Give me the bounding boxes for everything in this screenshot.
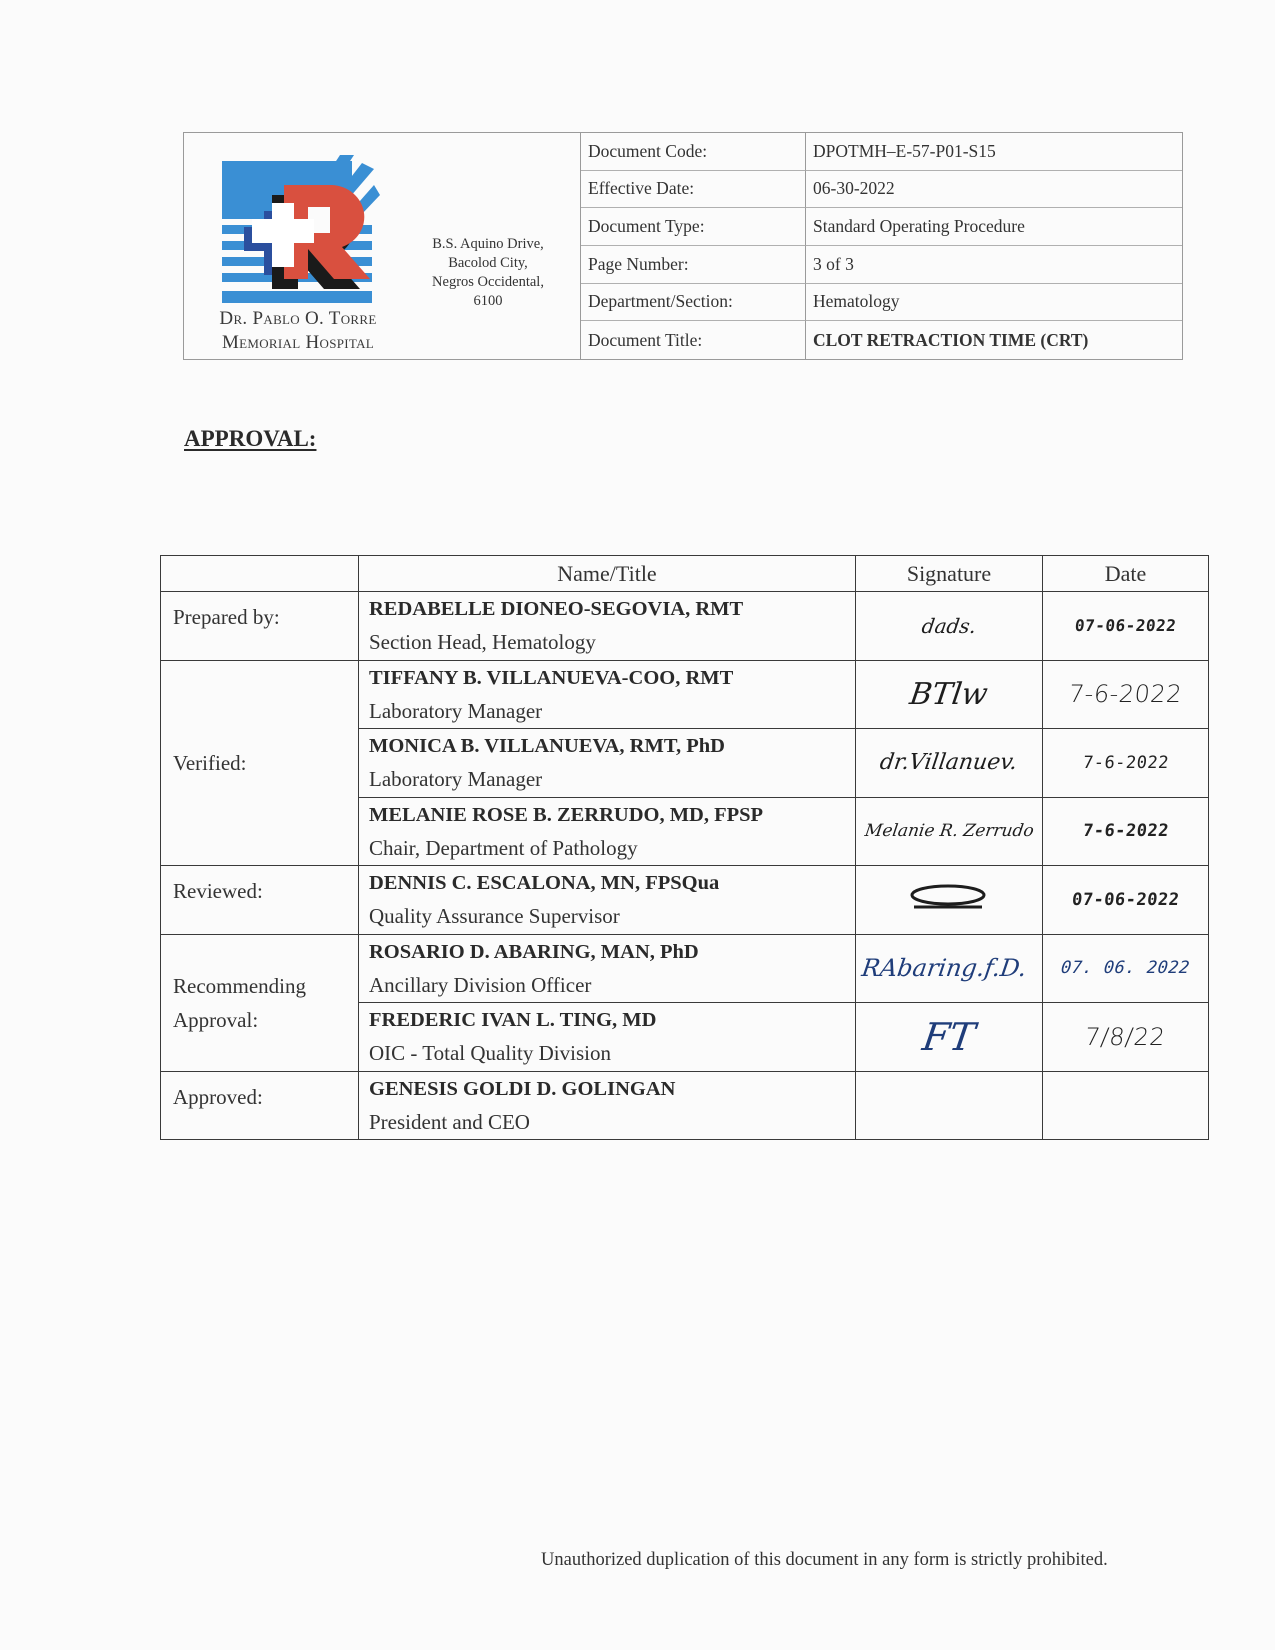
signatory: MONICA B. VILLANUEVA, RMT, PhD Laborator…: [359, 729, 856, 797]
table-row: Approved: GENESIS GOLDI D. GOLINGAN Pres…: [161, 1071, 1209, 1139]
signatory: MELANIE ROSE B. ZERRUDO, MD, FPSP Chair,…: [359, 797, 856, 865]
hospital-name: Dr. Pablo O. Torre Memorial Hospital: [198, 307, 398, 355]
department-section-label: Department/Section:: [581, 284, 806, 322]
hospital-name-line2: Memorial Hospital: [198, 331, 398, 355]
document-info-table: Document Code: DPOTMH–E-57-P01-S15 Effec…: [581, 133, 1182, 359]
signatory: TIFFANY B. VILLANUEVA-COO, RMT Laborator…: [359, 660, 856, 728]
document-title-label: Document Title:: [581, 321, 806, 359]
document-header: Dr. Pablo O. Torre Memorial Hospital B.S…: [183, 132, 1183, 360]
address-line: Negros Occidental,: [409, 273, 567, 292]
signed-date: 7-6-2022: [1081, 753, 1169, 773]
signatory: DENNIS C. ESCALONA, MN, FPSQua Quality A…: [359, 866, 856, 934]
signature: Melanie R. Zerrudo: [863, 821, 1035, 841]
signed-date: 07. 06. 2022: [1060, 958, 1191, 978]
signature-cell: RAbaring.f.D.: [856, 934, 1043, 1002]
signatory-name: TIFFANY B. VILLANUEVA-COO, RMT: [369, 662, 855, 695]
signatory-title: OIC - Total Quality Division: [369, 1037, 855, 1069]
signatory-title: President and CEO: [369, 1106, 855, 1138]
date-cell: [1043, 1071, 1209, 1139]
signed-date: 7-6-2022: [1081, 821, 1169, 841]
signatory-title: Section Head, Hematology: [369, 626, 855, 658]
date-cell: 7/8/22: [1043, 1003, 1209, 1071]
signature: [904, 881, 994, 915]
table-row: Prepared by: REDABELLE DIONEO-SEGOVIA, R…: [161, 592, 1209, 660]
signatory-title: Chair, Department of Pathology: [369, 832, 855, 864]
signed-date: 07-06-2022: [1071, 890, 1180, 910]
date-cell: 07-06-2022: [1043, 592, 1209, 660]
approval-table-header: Name/Title Signature Date: [161, 556, 1209, 592]
signature-cell: [856, 1071, 1043, 1139]
role-approved: Approved:: [161, 1071, 359, 1139]
role-recommending-approval: Recommending Approval:: [161, 934, 359, 1071]
document-type-label: Document Type:: [581, 208, 806, 246]
hospital-address: B.S. Aquino Drive, Bacolod City, Negros …: [409, 235, 567, 311]
signed-date: 7-6-2022: [1068, 680, 1184, 708]
signatory-title: Quality Assurance Supervisor: [369, 900, 855, 932]
hospital-branding: Dr. Pablo O. Torre Memorial Hospital B.S…: [184, 133, 581, 359]
document-code-value: DPOTMH–E-57-P01-S15: [806, 133, 1182, 171]
address-line: Bacolod City,: [409, 254, 567, 273]
signature-cell: [856, 866, 1043, 934]
signatory-name: ROSARIO D. ABARING, MAN, PhD: [369, 936, 855, 969]
signature: dr.Villanuev.: [879, 750, 1020, 775]
date-cell: 07. 06. 2022: [1043, 934, 1209, 1002]
address-line: B.S. Aquino Drive,: [409, 235, 567, 254]
signatory: GENESIS GOLDI D. GOLINGAN President and …: [359, 1071, 856, 1139]
signatory-name: REDABELLE DIONEO-SEGOVIA, RMT: [369, 593, 855, 626]
page-number-value: 3 of 3: [806, 246, 1182, 284]
hospital-cross-r-logo-icon: [222, 155, 380, 307]
signature: BTlw: [908, 677, 990, 712]
signatory-title: Laboratory Manager: [369, 695, 855, 727]
signatory: REDABELLE DIONEO-SEGOVIA, RMT Section He…: [359, 592, 856, 660]
signature-cell: BTlw: [856, 660, 1043, 728]
document-type-value: Standard Operating Procedure: [806, 208, 1182, 246]
signatory: ROSARIO D. ABARING, MAN, PhD Ancillary D…: [359, 934, 856, 1002]
signature-cell: dads.: [856, 592, 1043, 660]
approval-heading: APPROVAL:: [184, 426, 316, 452]
role-verified: Verified:: [161, 660, 359, 865]
signatory: FREDERIC IVAN L. TING, MD OIC - Total Qu…: [359, 1003, 856, 1071]
approval-table: Name/Title Signature Date Prepared by: R…: [160, 555, 1209, 1140]
signatory-title: Laboratory Manager: [369, 763, 855, 795]
effective-date-value: 06-30-2022: [806, 171, 1182, 209]
signatory-name: MELANIE ROSE B. ZERRUDO, MD, FPSP: [369, 799, 855, 832]
date-cell: 07-06-2022: [1043, 866, 1209, 934]
signature: dads.: [920, 614, 978, 638]
effective-date-label: Effective Date:: [581, 171, 806, 209]
table-row: Verified: TIFFANY B. VILLANUEVA-COO, RMT…: [161, 660, 1209, 728]
signed-date: 07-06-2022: [1074, 616, 1177, 635]
signatory-name: DENNIS C. ESCALONA, MN, FPSQua: [369, 867, 855, 900]
signature: RAbaring.f.D.: [860, 954, 1028, 982]
page-number-label: Page Number:: [581, 246, 806, 284]
column-header-date: Date: [1043, 556, 1209, 592]
signature: FT: [920, 1015, 978, 1059]
role-prepared-by: Prepared by:: [161, 592, 359, 660]
document-title-value: CLOT RETRACTION TIME (CRT): [806, 321, 1182, 359]
role-reviewed: Reviewed:: [161, 866, 359, 934]
hospital-name-line1: Dr. Pablo O. Torre: [198, 307, 398, 331]
footer-notice: Unauthorized duplication of this documen…: [541, 1550, 1108, 1571]
document-code-label: Document Code:: [581, 133, 806, 171]
column-header-role: [161, 556, 359, 592]
table-row: Recommending Approval: ROSARIO D. ABARIN…: [161, 934, 1209, 1002]
signatory-name: FREDERIC IVAN L. TING, MD: [369, 1004, 855, 1037]
date-cell: 7-6-2022: [1043, 797, 1209, 865]
date-cell: 7-6-2022: [1043, 729, 1209, 797]
column-header-name-title: Name/Title: [359, 556, 856, 592]
signature-cell: Melanie R. Zerrudo: [856, 797, 1043, 865]
signatory-title: Ancillary Division Officer: [369, 969, 855, 1001]
department-section-value: Hematology: [806, 284, 1182, 322]
date-cell: 7-6-2022: [1043, 660, 1209, 728]
table-row: Reviewed: DENNIS C. ESCALONA, MN, FPSQua…: [161, 866, 1209, 934]
column-header-signature: Signature: [856, 556, 1043, 592]
signatory-name: MONICA B. VILLANUEVA, RMT, PhD: [369, 730, 855, 763]
signatory-name: GENESIS GOLDI D. GOLINGAN: [369, 1073, 855, 1106]
address-line: 6100: [409, 292, 567, 311]
signature-cell: dr.Villanuev.: [856, 729, 1043, 797]
signed-date: 7/8/22: [1084, 1023, 1167, 1051]
signature-cell: FT: [856, 1003, 1043, 1071]
